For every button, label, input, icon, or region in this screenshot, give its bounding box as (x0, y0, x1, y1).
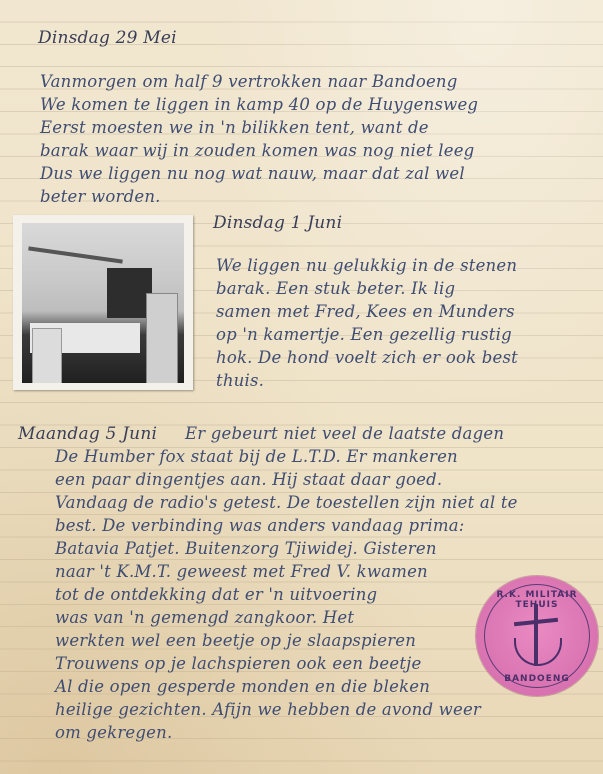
entry-1-line: Vanmorgen om half 9 vertrokken naar Band… (40, 72, 458, 91)
entry-3-line: om gekregen. (55, 723, 172, 742)
entry-1-heading: Dinsdag 29 Mei (38, 28, 177, 48)
entry-3-line: naar 't K.M.T. geweest met Fred V. kwame… (55, 562, 428, 581)
entry-1-line: barak waar wij in zouden komen was nog n… (40, 141, 474, 160)
entry-3-first-line: Er gebeurt niet veel de laatste dagen (185, 424, 504, 443)
entry-2-line: thuis. (216, 371, 264, 390)
photo-cabinet (146, 293, 178, 383)
barracks-photo (13, 215, 193, 390)
entry-3-line: heilige gezichten. Afijn we hebben de av… (55, 700, 481, 719)
military-home-stamp: R.K. MILITAIR TEHUIS BANDOENG (476, 576, 598, 696)
entry-3-line: Trouwens op je lachspieren ook een beetj… (55, 654, 421, 673)
photo-shelf (28, 246, 123, 263)
entry-3-line: tot de ontdekking dat er 'n uitvoering (55, 585, 377, 604)
entry-3-line: best. De verbinding was anders vandaag p… (55, 516, 465, 535)
entry-3-line: werkten wel een beetje op je slaapspiere… (55, 631, 416, 650)
diary-page: Dinsdag 29 Mei Vanmorgen om half 9 vertr… (0, 0, 603, 774)
entry-2-line: op 'n kamertje. Een gezellig rustig (216, 325, 512, 344)
entry-1-line: beter worden. (40, 187, 161, 206)
entry-2-line: hok. De hond voelt zich er ook best (216, 348, 518, 367)
entry-2-line: We liggen nu gelukkig in de stenen (216, 256, 517, 275)
entry-2-line: barak. Een stuk beter. Ik lig (216, 279, 455, 298)
photo-image (22, 223, 184, 383)
entry-3-heading: Maandag 5 Juni (18, 424, 157, 444)
entry-1-line: We komen te liggen in kamp 40 op de Huyg… (40, 95, 478, 114)
entry-3-line: was van 'n gemengd zangkoor. Het (55, 608, 354, 627)
entry-1-line: Dus we liggen nu nog wat nauw, maar dat … (40, 164, 465, 183)
entry-2-heading: Dinsdag 1 Juni (213, 213, 342, 233)
stamp-bottom-text: BANDOENG (476, 674, 598, 684)
entry-2-line: samen met Fred, Kees en Munders (216, 302, 515, 321)
entry-1-line: Eerst moesten we in 'n bilikken tent, wa… (40, 118, 429, 137)
photo-bedpost (32, 328, 62, 383)
entry-3-line: Vandaag de radio's getest. De toestellen… (55, 493, 518, 512)
entry-3-line: Batavia Patjet. Buitenzorg Tjiwidej. Gis… (55, 539, 437, 558)
entry-3-line: De Humber fox staat bij de L.T.D. Er man… (55, 447, 458, 466)
entry-3-line: Al die open gesperde monden en die bleke… (55, 677, 430, 696)
entry-3-line: een paar dingentjes aan. Hij staat daar … (55, 470, 442, 489)
